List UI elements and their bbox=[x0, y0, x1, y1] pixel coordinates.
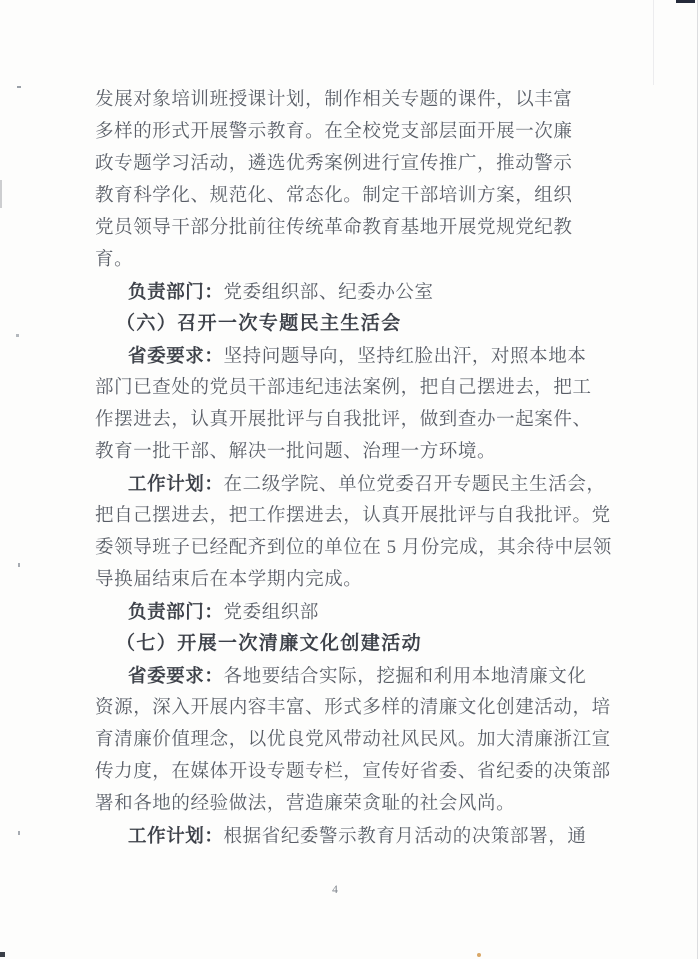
scan-speck bbox=[18, 563, 20, 567]
doc-line-text: （七）开展一次清廉文化创建活动 bbox=[116, 633, 422, 654]
doc-line-text: 教育一批干部、解决一批问题、治理一方环境。 bbox=[95, 442, 496, 462]
doc-line-text: 政专题学习活动，遴选优秀案例进行宣传推广，推动警示 bbox=[95, 154, 573, 174]
doc-line: 教育科学化、规范化、常态化。制定干部培训方案，组织 bbox=[95, 180, 612, 212]
doc-line-text: 部门已查处的党员干部违纪违法案例，把自己摆进去，把工 bbox=[95, 378, 592, 398]
doc-line-text: 资源，深入开展内容丰富、形式多样的清廉文化创建活动，培 bbox=[95, 698, 611, 718]
doc-line: 教育一批干部、解决一批问题、治理一方环境。 bbox=[95, 436, 612, 468]
paragraph-label: 省委要求： bbox=[128, 665, 224, 686]
doc-line: 署和各地的经验做法，营造廉荣贪耻的社会风尚。 bbox=[95, 788, 612, 820]
section-heading: （六）召开一次专题民主生活会 bbox=[95, 308, 612, 340]
doc-line-text: 党员领导干部分批前往传统革命教育基地开展党规党纪教 bbox=[95, 218, 573, 238]
doc-line-text: 坚持问题导向，坚持红脸出汗，对照本地本 bbox=[224, 347, 587, 367]
doc-line-text: 党委组织部、纪委办公室 bbox=[224, 283, 434, 303]
doc-line-text: 多样的形式开展警示教育。在全校党支部层面开展一次廉 bbox=[95, 122, 573, 142]
doc-line: 多样的形式开展警示教育。在全校党支部层面开展一次廉 bbox=[95, 116, 612, 148]
doc-line: 负责部门：党委组织部 bbox=[95, 596, 612, 628]
scan-right-edge-line bbox=[697, 0, 698, 959]
doc-line: 工作计划：在二级学院、单位党委召开专题民主生活会， bbox=[95, 468, 612, 500]
doc-line: 省委要求：坚持问题导向，坚持红脸出汗，对照本地本 bbox=[95, 340, 612, 372]
doc-line: 作摆进去，认真开展批评与自我批评，做到查办一起案件、 bbox=[95, 404, 612, 436]
doc-line: 育。 bbox=[95, 244, 612, 276]
doc-line: 负责部门：党委组织部、纪委办公室 bbox=[95, 276, 612, 308]
doc-line-text: 各地要结合实际，挖掘和利用本地清廉文化 bbox=[224, 667, 587, 687]
doc-line: 导换届结束后在本学期内完成。 bbox=[95, 564, 612, 596]
paragraph-label: 工作计划： bbox=[128, 825, 224, 846]
doc-line-text: 把自己摆进去，把工作摆进去，认真开展批评与自我批评。党 bbox=[95, 506, 611, 526]
doc-line: 党员领导干部分批前往传统革命教育基地开展党规党纪教 bbox=[95, 212, 612, 244]
doc-line-text: 育清廉价值理念，以优良党风带动社风民风。加大清廉浙江宣 bbox=[95, 730, 611, 750]
doc-line: 把自己摆进去，把工作摆进去，认真开展批评与自我批评。党 bbox=[95, 500, 612, 532]
doc-line-text: 署和各地的经验做法，营造廉荣贪耻的社会风尚。 bbox=[95, 794, 515, 814]
scan-speck bbox=[18, 831, 20, 835]
page-number: 4 bbox=[320, 884, 350, 896]
doc-line-text: 导换届结束后在本学期内完成。 bbox=[95, 570, 362, 590]
scan-corner-bar bbox=[676, 0, 695, 3]
scan-left-edge-mark bbox=[0, 180, 2, 208]
scanned-document-page: 发展对象培训班授课计划，制作相关专题的课件，以丰富多样的形式开展警示教育。在全校… bbox=[0, 0, 700, 959]
paragraph-label: 省委要求： bbox=[128, 345, 224, 366]
doc-line: 传力度，在媒体开设专题专栏，宣传好省委、省纪委的决策部 bbox=[95, 756, 612, 788]
paragraph-label: 负责部门： bbox=[128, 601, 224, 622]
paragraph-label: 负责部门： bbox=[128, 281, 224, 302]
doc-line-text: 育。 bbox=[95, 250, 133, 270]
scan-speck bbox=[477, 953, 481, 957]
doc-line: 育清廉价值理念，以优良党风带动社风民风。加大清廉浙江宣 bbox=[95, 724, 612, 756]
section-heading: （七）开展一次清廉文化创建活动 bbox=[95, 628, 612, 660]
doc-line-text: 党委组织部 bbox=[224, 603, 320, 623]
doc-line: 委领导班子已经配齐到位的单位在 5 月份完成，其余待中层领 bbox=[95, 532, 612, 564]
scan-corner-mark bbox=[0, 952, 5, 957]
doc-line-text: 教育科学化、规范化、常态化。制定干部培训方案，组织 bbox=[95, 186, 573, 206]
doc-line-text: （六）召开一次专题民主生活会 bbox=[116, 313, 402, 334]
doc-line: 部门已查处的党员干部违纪违法案例，把自己摆进去，把工 bbox=[95, 372, 612, 404]
doc-line-text: 根据省纪委警示教育月活动的决策部署，通 bbox=[224, 827, 587, 847]
scan-fold-shadow bbox=[653, 0, 654, 85]
doc-line: 发展对象培训班授课计划，制作相关专题的课件，以丰富 bbox=[95, 84, 612, 116]
paragraph-label: 工作计划： bbox=[128, 473, 224, 494]
doc-line-text: 传力度，在媒体开设专题专栏，宣传好省委、省纪委的决策部 bbox=[95, 762, 611, 782]
scan-speck bbox=[17, 86, 21, 88]
doc-line-text: 委领导班子已经配齐到位的单位在 5 月份完成，其余待中层领 bbox=[95, 538, 612, 558]
doc-line: 资源，深入开展内容丰富、形式多样的清廉文化创建活动，培 bbox=[95, 692, 612, 724]
doc-line-text: 发展对象培训班授课计划，制作相关专题的课件，以丰富 bbox=[95, 90, 573, 110]
scan-speck bbox=[16, 334, 19, 337]
doc-line-text: 在二级学院、单位党委召开专题民主生活会， bbox=[224, 475, 606, 495]
doc-line: 政专题学习活动，遴选优秀案例进行宣传推广，推动警示 bbox=[95, 148, 612, 180]
doc-line-text: 作摆进去，认真开展批评与自我批评，做到查办一起案件、 bbox=[95, 410, 592, 430]
document-text: 发展对象培训班授课计划，制作相关专题的课件，以丰富多样的形式开展警示教育。在全校… bbox=[95, 84, 612, 852]
doc-line: 省委要求：各地要结合实际，挖掘和利用本地清廉文化 bbox=[95, 660, 612, 692]
doc-line: 工作计划：根据省纪委警示教育月活动的决策部署，通 bbox=[95, 820, 612, 852]
